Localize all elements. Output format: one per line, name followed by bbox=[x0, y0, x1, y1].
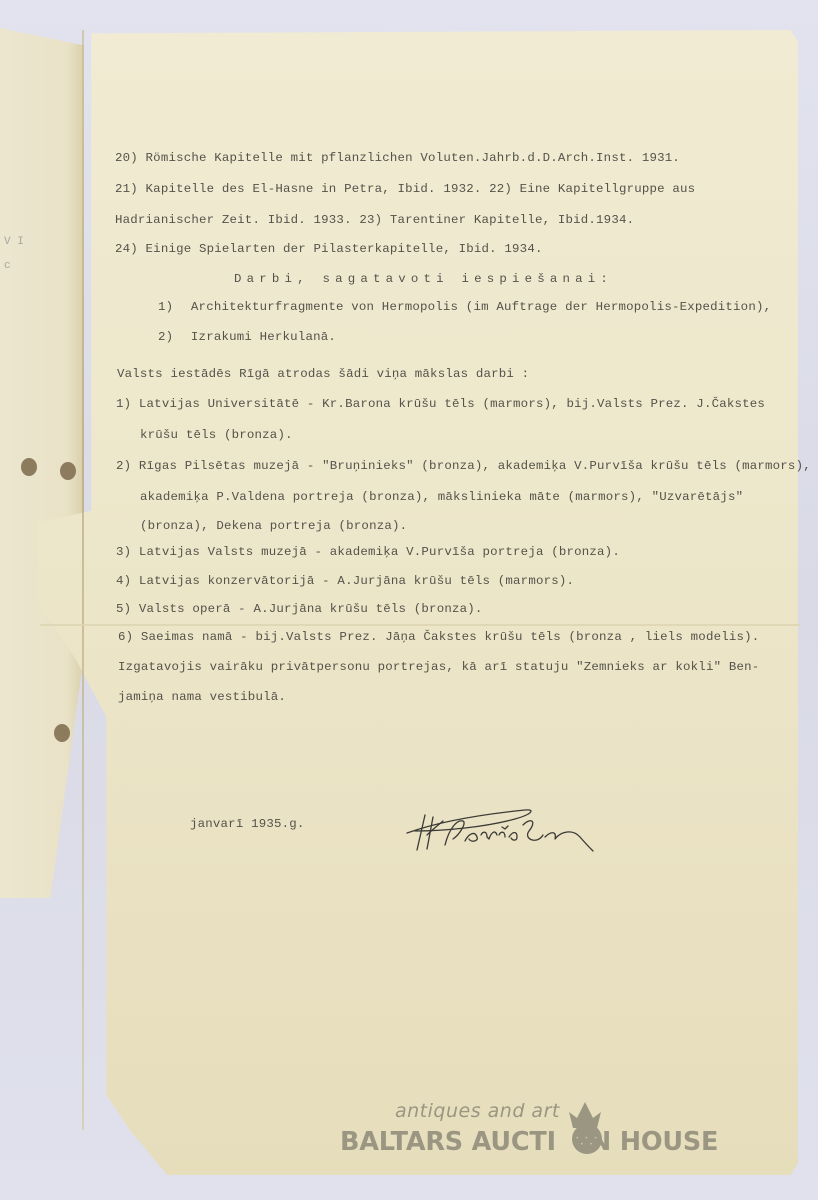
watermark-name-part1: BALTARS AUCTI bbox=[340, 1127, 556, 1157]
item-text: Izrakumi Herkulanā. bbox=[191, 330, 336, 344]
item-number: 1) bbox=[158, 300, 173, 314]
reference-line-22-cont: Hadrianischer Zeit. Ibid. 1933. 23) Tare… bbox=[115, 213, 634, 227]
works-line: krūšu tēls (bronza). bbox=[140, 428, 293, 442]
works-line: 3) Latvijas Valsts muzejā - akademiķa V.… bbox=[116, 545, 620, 559]
works-line: Izgatavojis vairāku privātpersonu portre… bbox=[118, 660, 759, 674]
item-text: Architekturfragmente von Hermopolis (im … bbox=[191, 300, 771, 314]
works-line: 5) Valsts operā - A.Jurjāna krūšu tēls (… bbox=[116, 602, 483, 616]
watermark-tagline: antiques and art bbox=[395, 1100, 560, 1122]
works-line: akademiķa P.Valdena portreja (bronza), m… bbox=[140, 490, 743, 504]
watermark-name: BALTARS AUCTIN HOUSE bbox=[340, 1127, 718, 1157]
works-line: (bronza), Dekena portreja (bronza). bbox=[140, 519, 407, 533]
reference-line-20: 20) Römische Kapitelle mit pflanzlichen … bbox=[115, 151, 680, 165]
works-line: 4) Latvijas konzervātorijā - A.Jurjāna k… bbox=[116, 574, 574, 588]
handwritten-signature bbox=[405, 805, 610, 855]
reference-line-21: 21) Kapitelle des El-Hasne in Petra, Ibi… bbox=[115, 182, 695, 196]
watermark-name-part2: N HOUSE bbox=[590, 1127, 718, 1157]
works-intro: Valsts iestādēs Rīgā atrodas šādi viņa m… bbox=[117, 367, 529, 381]
works-line: 1) Latvijas Universitātē - Kr.Barona krū… bbox=[116, 397, 765, 411]
prepared-work-item: 2) Izrakumi Herkulanā. bbox=[158, 330, 336, 344]
orb-icon: • • • • • bbox=[572, 1124, 602, 1154]
document-date: janvarī 1935.g. bbox=[190, 817, 305, 831]
section-heading: Darbi, sagatavoti iespiešanai: bbox=[234, 272, 613, 286]
typewritten-text: 20) Römische Kapitelle mit pflanzlichen … bbox=[0, 0, 818, 1200]
works-line: jamiņa nama vestibulā. bbox=[118, 690, 286, 704]
item-number: 2) bbox=[158, 330, 173, 344]
works-line: 2) Rīgas Pilsētas muzejā - "Bruņinieks" … bbox=[116, 459, 811, 473]
works-line: 6) Saeimas namā - bij.Valsts Prez. Jāņa … bbox=[118, 630, 759, 644]
auction-house-watermark: antiques and art BALTARS AUCTIN HOUSE • … bbox=[340, 1100, 740, 1170]
prepared-work-item: 1) Architekturfragmente von Hermopolis (… bbox=[158, 300, 771, 314]
reference-line-24: 24) Einige Spielarten der Pilasterkapite… bbox=[115, 242, 543, 256]
